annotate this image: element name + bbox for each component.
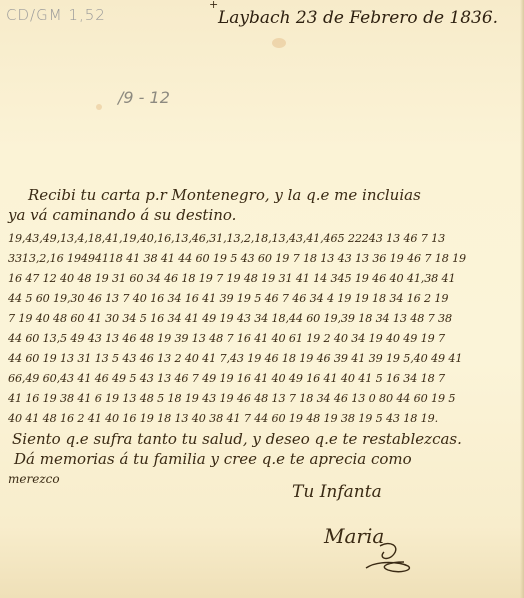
valediction: Tu Infanta [292,482,382,502]
signature-flourish-icon [360,540,420,576]
cipher-line: 40 41 48 16 2 41 40 16 19 18 13 40 38 41… [8,412,438,425]
opening-line: Recibi tu carta p.r Montenegro, y la q.e… [28,186,421,204]
cipher-line: 44 60 19 13 31 13 5 43 46 13 2 40 41 7,4… [8,352,462,365]
cipher-line: 44 5 60 19,30 46 13 7 40 16 34 16 41 39 … [8,292,448,305]
cipher-line: 41 16 19 38 41 6 19 13 48 5 18 19 43 19 … [8,392,455,405]
cipher-line: 3313,2,16 19494118 41 38 41 44 60 19 5 4… [8,252,466,265]
cross-mark: + [209,0,218,11]
paper-stain [96,104,102,110]
closing-line: Dá memorias á tu familia y cree q.e te a… [14,450,412,468]
archive-mark: CD/GM 1,52 [6,6,106,24]
dateline: Laybach 23 de Febrero de 1836. [218,8,498,28]
cipher-line: 66,49 60,43 41 46 49 5 43 13 46 7 49 19 … [8,372,445,385]
pencil-note: /9 - 12 [118,88,170,107]
cipher-line: 44 60 13,5 49 43 13 46 48 19 39 13 48 7 … [8,332,445,345]
paper-edge [520,0,524,598]
paper-stain [272,38,286,48]
opening-line: ya vá caminando á su destino. [8,206,236,224]
cipher-line: 7 19 40 48 60 41 30 34 5 16 34 41 49 19 … [8,312,452,325]
cipher-line: 19,43,49,13,4,18,41,19,40,16,13,46,31,13… [8,232,445,245]
closing-line: merezco [8,472,60,486]
closing-line: Siento q.e sufra tanto tu salud, y deseo… [12,430,462,448]
cipher-line: 16 47 12 40 48 19 31 60 34 46 18 19 7 19… [8,272,455,285]
letter-page: CD/GM 1,52 + Laybach 23 de Febrero de 18… [0,0,524,598]
